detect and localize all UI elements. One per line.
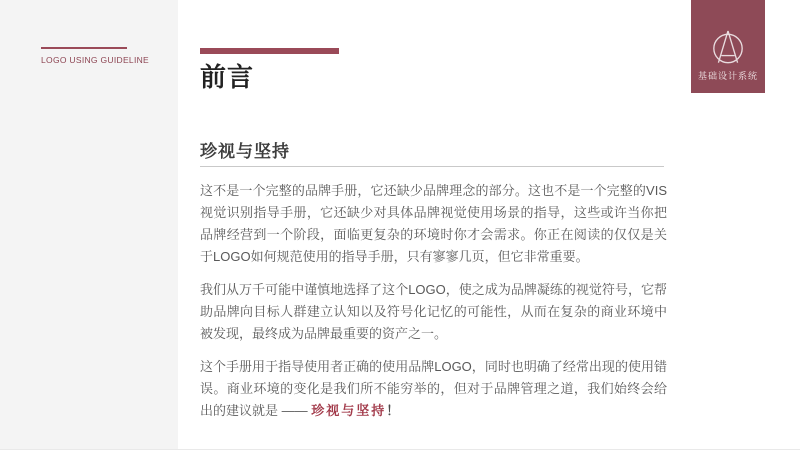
paragraph-2: 我们从万千可能中谨慎地选择了这个LOGO，使之成为品牌凝练的视觉符号，它帮助品牌…	[200, 279, 667, 345]
sidebar-label: LOGO USING GUIDELINE	[41, 55, 137, 65]
paragraph-3-text: 这个手册用于指导使用者正确的使用品牌LOGO，同时也明确了经常出现的使用错误。商…	[200, 359, 667, 418]
section-heading: 珍视与坚持	[200, 137, 290, 162]
paragraph-3-highlight: 珍视与坚持	[311, 403, 386, 418]
badge-label: 基础设计系统	[691, 69, 765, 82]
sidebar-label-block: LOGO USING GUIDELINE	[41, 47, 137, 65]
guideline-page: LOGO USING GUIDELINE 基础设计系统 前言 珍视与坚持 这不是…	[0, 0, 800, 450]
sidebar: LOGO USING GUIDELINE	[0, 0, 178, 450]
paragraph-1: 这不是一个完整的品牌手册，它还缺少品牌理念的部分。这也不是一个完整的VIS视觉识…	[200, 180, 667, 268]
circle-a-logo-icon	[708, 26, 748, 66]
brand-badge: 基础设计系统	[691, 0, 765, 93]
sidebar-accent-rule	[41, 47, 127, 49]
title-accent-bar	[200, 48, 339, 54]
paragraph-3: 这个手册用于指导使用者正确的使用品牌LOGO，同时也明确了经常出现的使用错误。商…	[200, 356, 667, 422]
section-divider	[200, 166, 664, 167]
paragraph-3-exclamation: ！	[386, 403, 399, 418]
body-copy: 这不是一个完整的品牌手册，它还缺少品牌理念的部分。这也不是一个完整的VIS视觉识…	[200, 180, 667, 433]
page-title: 前言	[200, 57, 254, 94]
